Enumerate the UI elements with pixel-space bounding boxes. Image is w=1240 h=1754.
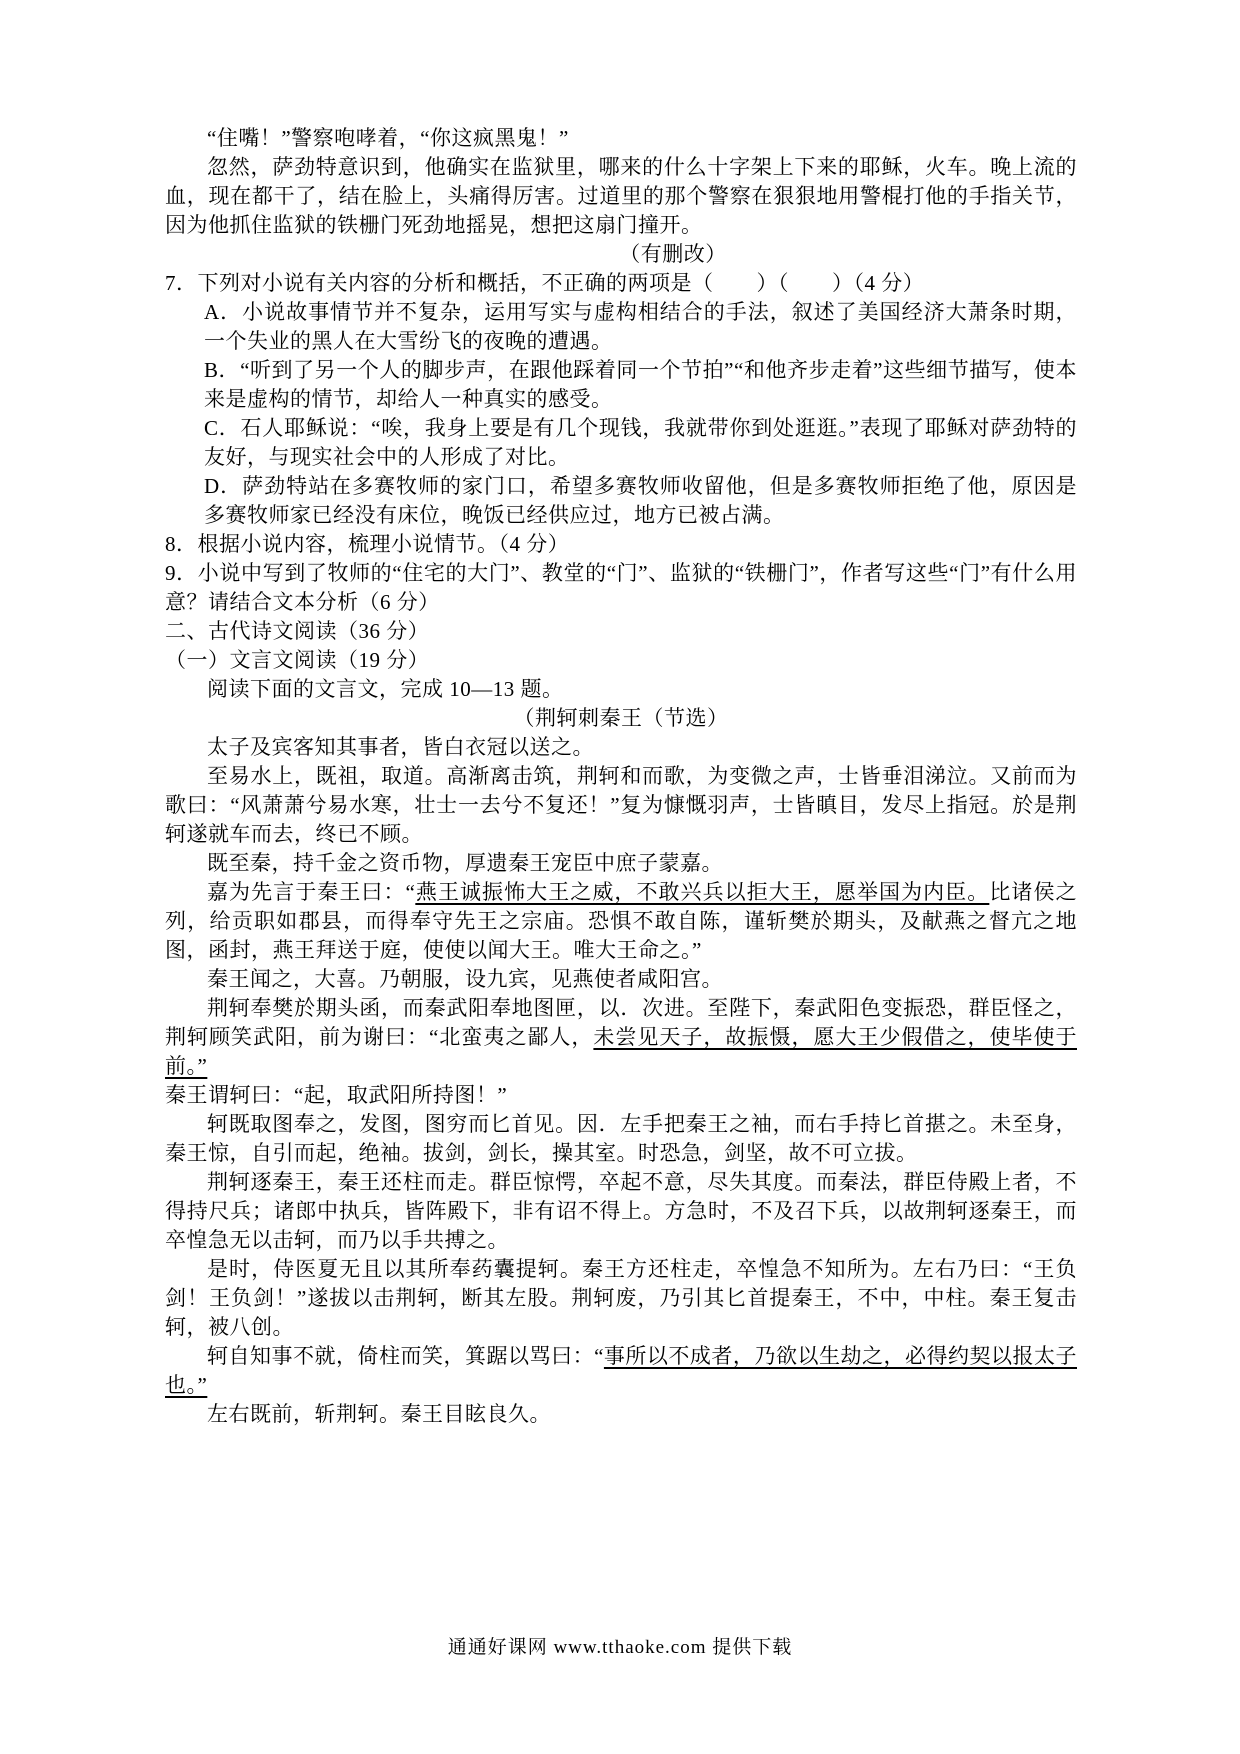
- text-segment: 忽然，萨劲特意识到，他确实在监狱里，哪来的什么十字架上下来的耶稣，火车。晚上流的…: [165, 155, 1077, 237]
- question-7-option-a: A．小说故事情节并不复杂，运用写实与虚构相结合的手法，叙述了美国经济大萧条时期，…: [204, 298, 1077, 356]
- text-segment: A．小说故事情节并不复杂，运用写实与虚构相结合的手法，叙述了美国经济大萧条时期，…: [204, 300, 1077, 353]
- text-segment: 二、古代诗文阅读（36 分）: [165, 619, 429, 643]
- text-segment: 至易水上，既祖，取道。高渐离击筑，荆轲和而歌，为变微之声，士皆垂泪涕泣。又前而为…: [165, 764, 1077, 846]
- text-segment: D．萨劲特站在多赛牧师的家门口，希望多赛牧师收留他，但是多赛牧师拒绝了他，原因是…: [204, 474, 1077, 527]
- section-heading-ancient-reading: 二、古代诗文阅读（36 分）: [165, 617, 1077, 646]
- story-paragraph-1: “住嘴！”警察咆哮着，“你这疯黑鬼！”: [165, 124, 1077, 153]
- passage-paragraph-1: 太子及宾客知其事者，皆白衣冠以送之。: [165, 733, 1077, 762]
- text-segment: 阅读下面的文言文，完成 10—13 题。: [207, 677, 564, 701]
- text-segment: 是时，侍医夏无且以其所奉药囊提轲。秦王方还柱走，卒惶急不知所为。左右乃曰：“王负…: [165, 1257, 1077, 1339]
- passage-paragraph-2: 至易水上，既祖，取道。高渐离击筑，荆轲和而歌，为变微之声，士皆垂泪涕泣。又前而为…: [165, 762, 1077, 849]
- text-segment: （荆轲刺秦王（节选）: [514, 706, 729, 730]
- passage-paragraph-12: 左右既前，斩荆轲。秦王目眩良久。: [165, 1400, 1077, 1429]
- question-8: 8．根据小说内容，梳理小说情节。（4 分）: [165, 530, 1077, 559]
- question-9: 9．小说中写到了牧师的“住宅的大门”、教堂的“门”、监狱的“铁栅门”，作者写这些…: [165, 559, 1077, 617]
- text-segment: 轲既取图奉之，发图，图穷而匕首见。因．左手把秦王之袖，而右手持匕首揕之。未至身，…: [165, 1112, 1077, 1165]
- text-segment: 左右既前，斩荆轲。秦王目眩良久。: [207, 1402, 551, 1426]
- text-segment: “住嘴！”警察咆哮着，“你这疯黑鬼！”: [207, 126, 569, 150]
- question-7-option-c: C．石人耶稣说：“唉，我身上要是有几个现钱，我就带你到处逛逛。”表现了耶稣对萨劲…: [204, 414, 1077, 472]
- reading-instruction: 阅读下面的文言文，完成 10—13 题。: [165, 675, 1077, 704]
- underlined-text: 燕王诚振怖大王之威，不敢兴兵以拒大王，愿举国为内臣。: [415, 880, 989, 904]
- passage-paragraph-7: 秦王谓轲曰：“起，取武阳所持图！”: [165, 1081, 1077, 1110]
- text-segment: 7．下列对小说有关内容的分析和概括，不正确的两项是（ ）（ ）（4 分）: [165, 271, 924, 295]
- question-7-option-d: D．萨劲特站在多赛牧师的家门口，希望多赛牧师收留他，但是多赛牧师拒绝了他，原因是…: [204, 472, 1077, 530]
- text-segment: 太子及宾客知其事者，皆白衣冠以送之。: [207, 735, 594, 759]
- attribution-note: （有删改）: [165, 240, 1077, 269]
- text-segment: （有删改）: [619, 242, 727, 266]
- subsection-heading-classical-chinese: （一）文言文阅读（19 分）: [165, 646, 1077, 675]
- question-7-option-b: B．“听到了另一个人的脚步声，在跟他踩着同一个节拍”“和他齐步走着”这些细节描写…: [204, 356, 1077, 414]
- passage-paragraph-10: 是时，侍医夏无且以其所奉药囊提轲。秦王方还柱走，卒惶急不知所为。左右乃曰：“王负…: [165, 1255, 1077, 1342]
- text-segment: （一）文言文阅读（19 分）: [165, 648, 429, 672]
- passage-paragraph-6: 荆轲奉樊於期头函，而秦武阳奉地图匣，以．次进。至陛下，秦武阳色变振恐，群臣怪之，…: [165, 994, 1077, 1081]
- text-segment: 荆轲逐秦王，秦王还柱而走。群臣惊愕，卒起不意，尽失其度。而秦法，群臣侍殿上者，不…: [165, 1170, 1077, 1252]
- document-body: “住嘴！”警察咆哮着，“你这疯黑鬼！”忽然，萨劲特意识到，他确实在监狱里，哪来的…: [165, 124, 1077, 1429]
- text-segment: 轲自知事不就，倚柱而笑，箕踞以骂曰：“: [207, 1344, 604, 1368]
- text-segment: 秦王谓轲曰：“起，取武阳所持图！”: [165, 1083, 507, 1107]
- passage-paragraph-3: 既至秦，持千金之资币物，厚遗秦王宠臣中庶子蒙嘉。: [165, 849, 1077, 878]
- passage-paragraph-5: 秦王闻之，大喜。乃朝服，设九宾，见燕使者咸阳宫。: [165, 965, 1077, 994]
- text-segment: 8．根据小说内容，梳理小说情节。（4 分）: [165, 532, 569, 556]
- story-paragraph-2: 忽然，萨劲特意识到，他确实在监狱里，哪来的什么十字架上下来的耶稣，火车。晚上流的…: [165, 153, 1077, 240]
- text-segment: 秦王闻之，大喜。乃朝服，设九宾，见燕使者咸阳宫。: [207, 967, 723, 991]
- text-segment: 嘉为先言于秦王曰：“: [207, 880, 415, 904]
- text-segment: B．“听到了另一个人的脚步声，在跟他踩着同一个节拍”“和他齐步走着”这些细节描写…: [204, 358, 1077, 411]
- page-footer: 通通好课网 www.tthaoke.com 提供下载: [0, 1636, 1240, 1660]
- passage-title: （荆轲刺秦王（节选）: [165, 704, 1077, 733]
- passage-paragraph-8: 轲既取图奉之，发图，图穷而匕首见。因．左手把秦王之袖，而右手持匕首揕之。未至身，…: [165, 1110, 1077, 1168]
- text-segment: C．石人耶稣说：“唉，我身上要是有几个现钱，我就带你到处逛逛。”表现了耶稣对萨劲…: [204, 416, 1077, 469]
- question-7: 7．下列对小说有关内容的分析和概括，不正确的两项是（ ）（ ）（4 分）: [165, 269, 1077, 298]
- footer-text: 通通好课网 www.tthaoke.com 提供下载: [448, 1637, 793, 1658]
- passage-paragraph-4: 嘉为先言于秦王曰：“燕王诚振怖大王之威，不敢兴兵以拒大王，愿举国为内臣。比诸侯之…: [165, 878, 1077, 965]
- text-segment: 9．小说中写到了牧师的“住宅的大门”、教堂的“门”、监狱的“铁栅门”，作者写这些…: [165, 561, 1077, 614]
- passage-paragraph-9: 荆轲逐秦王，秦王还柱而走。群臣惊愕，卒起不意，尽失其度。而秦法，群臣侍殿上者，不…: [165, 1168, 1077, 1255]
- passage-paragraph-11: 轲自知事不就，倚柱而笑，箕踞以骂曰：“事所以不成者，乃欲以生劫之，必得约契以报太…: [165, 1342, 1077, 1400]
- text-segment: 既至秦，持千金之资币物，厚遗秦王宠臣中庶子蒙嘉。: [207, 851, 723, 875]
- document-page: “住嘴！”警察咆哮着，“你这疯黑鬼！”忽然，萨劲特意识到，他确实在监狱里，哪来的…: [0, 0, 1240, 1754]
